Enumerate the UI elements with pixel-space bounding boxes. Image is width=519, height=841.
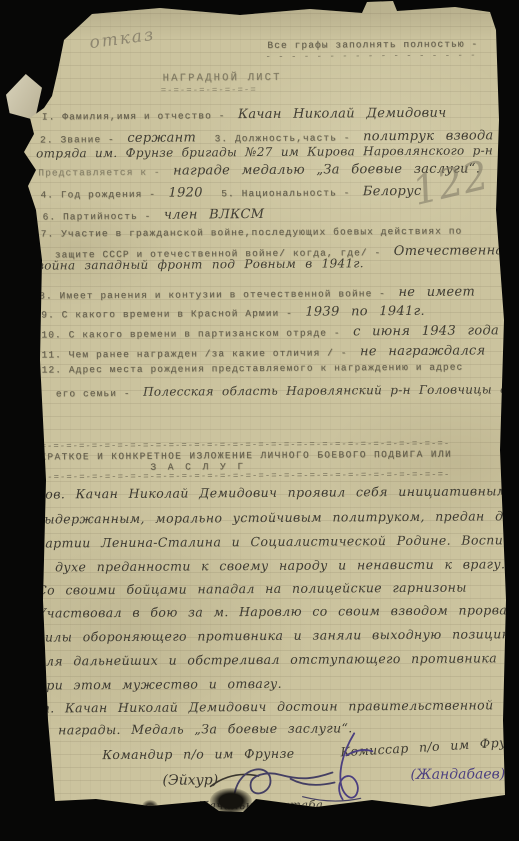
citation-line: для дальнейших и обстреливал отступающег… — [38, 650, 519, 669]
ink-stain-small — [142, 800, 158, 812]
citation-line: при этом мужество и отвагу. — [38, 676, 282, 693]
date: 6. 12. 43 г. — [43, 805, 140, 820]
citation-line: Со своими бойцами нападал на полицейские… — [37, 580, 467, 598]
field-wounds-label: 8. Имеет ранения и контузии в отечествен… — [39, 288, 386, 301]
commissar-signature-name: (Жандабаев) - — [410, 766, 514, 783]
field-address-label-2: его семьи - — [56, 388, 131, 400]
conclusion-line2: награды. Медаль „За боевые заслуги“. — [58, 720, 353, 737]
field-birth-nationality: 4. Год рождения - 1920 5. Национальность… — [40, 182, 421, 203]
field-partisan-since-label: 10. С какого времени в партизанском отря… — [41, 327, 340, 340]
field-presented-label: Представляется к - — [38, 167, 160, 179]
commander-title: Командир п/о им Фрунзе — [102, 746, 294, 762]
citation-line: партии Ленина-Сталина и Социалистической… — [37, 531, 519, 550]
chief-of-staff-name: (Артюхов) — [229, 812, 302, 827]
field-nationality-label: 5. Национальность - — [221, 187, 350, 199]
field-war-participation-value-1: Отечественная — [394, 243, 513, 259]
field-rank-label: 2. Звание - — [40, 134, 115, 146]
field-rank-value: сержант — [127, 130, 196, 145]
chief-signature-stroke — [234, 769, 334, 794]
field-party-value: член ВЛКСМ — [164, 207, 265, 223]
pencil-note: отказ — [88, 25, 156, 53]
field-red-army-label: 9. С какого времени в Красной Армии - — [41, 308, 293, 321]
field-prior-awards-label: 11. Чем ранее награжден /за какие отличи… — [41, 347, 347, 360]
field-address-2: его семьи - Полесская область Наровлянск… — [56, 380, 519, 402]
citation-line: Тов. Качан Николай Демидович проявил себ… — [36, 483, 519, 502]
ink-stain — [210, 788, 252, 814]
field-war-participation-label-1: 7. Участие в гражданской войне,последующ… — [41, 226, 463, 240]
citation-line: выдержанным, морально устойчивым политру… — [37, 508, 519, 526]
citation-line: в духе преданности к своему народу и нен… — [37, 556, 505, 574]
field-wounds-value: не имеет — [398, 284, 475, 300]
instruction-underline: - - - - - - - - - - - - - - - - - — [265, 50, 476, 61]
field-war-participation-value-2: война западный фронт под Ровным в 1941г. — [37, 256, 364, 272]
field-partisan-since: 10. С какого времени в партизанском отря… — [41, 321, 499, 342]
field-address-value: Полесская область Наровлянский р-н Голов… — [143, 382, 519, 399]
field-wounds: 8. Имеет ранения и контузии в отечествен… — [39, 282, 475, 303]
field-party: 6. Партийность - член ВЛКСМ — [43, 205, 265, 225]
commissar-title: Комиссар п/о им Фрунзе — [340, 733, 519, 759]
field-name-label: І. Фамилия,имя и отчество - — [42, 110, 226, 122]
field-position-value: политрук взвода — [363, 128, 494, 144]
field-red-army-value: 1939 по 1941г. — [305, 304, 425, 320]
field-position-label: 3. Должность,часть - — [215, 132, 351, 144]
field-position-continuation: отряда им. Фрунзе бригады №27 им Кирова … — [36, 143, 519, 161]
section-rule-bottom: -=-=-=-=-=-=-=-=-=-=-=-=-=-=-=-=-=-=-=-=… — [34, 470, 450, 483]
field-address-label-1: 12. Адрес места рождения представляемого… — [42, 362, 464, 376]
ink-smudge-margin — [27, 294, 39, 307]
document-title: НАГРАДНОЙ ЛИСТ — [163, 72, 282, 85]
field-name-value: Качан Николай Демидович — [238, 106, 447, 122]
field-name: І. Фамилия,имя и отчество - Качан Никола… — [42, 104, 447, 125]
field-party-label: 6. Партийность - — [43, 211, 152, 223]
field-birthyear-value: 1920 — [168, 185, 202, 200]
scan-backdrop: отказ Все графы заполнять полностью - - … — [0, 0, 519, 841]
field-prior-awards: 11. Чем ранее награжден /за какие отличи… — [41, 341, 485, 362]
field-partisan-since-value: с июня 1943 года — [353, 323, 499, 339]
citation-line: силы обороняющего противника и заняли вы… — [37, 626, 513, 644]
conclusion-line1: т. Качан Николай Демидович достоин прави… — [38, 697, 494, 715]
field-birthyear-label: 4. Год рождения - — [40, 189, 156, 201]
citation-line: Участвовал в бою за м. Наровлю со своим … — [37, 602, 519, 620]
field-red-army: 9. С какого времени в Красной Армии - 19… — [41, 302, 425, 323]
torn-paper-flap — [6, 74, 42, 120]
document-sheet: отказ Все графы заполнять полностью - - … — [0, 0, 519, 841]
title-underline: =-=-=-=-=-=-=-= — [161, 85, 257, 96]
commander-signature-name: (Эйхур) — [162, 772, 218, 788]
field-prior-awards-value: не награждался — [360, 343, 486, 359]
document-content: отказ Все графы заполнять полностью - - … — [0, 0, 519, 841]
fill-all-columns-instruction: Все графы заполнять полностью - — [267, 38, 478, 50]
